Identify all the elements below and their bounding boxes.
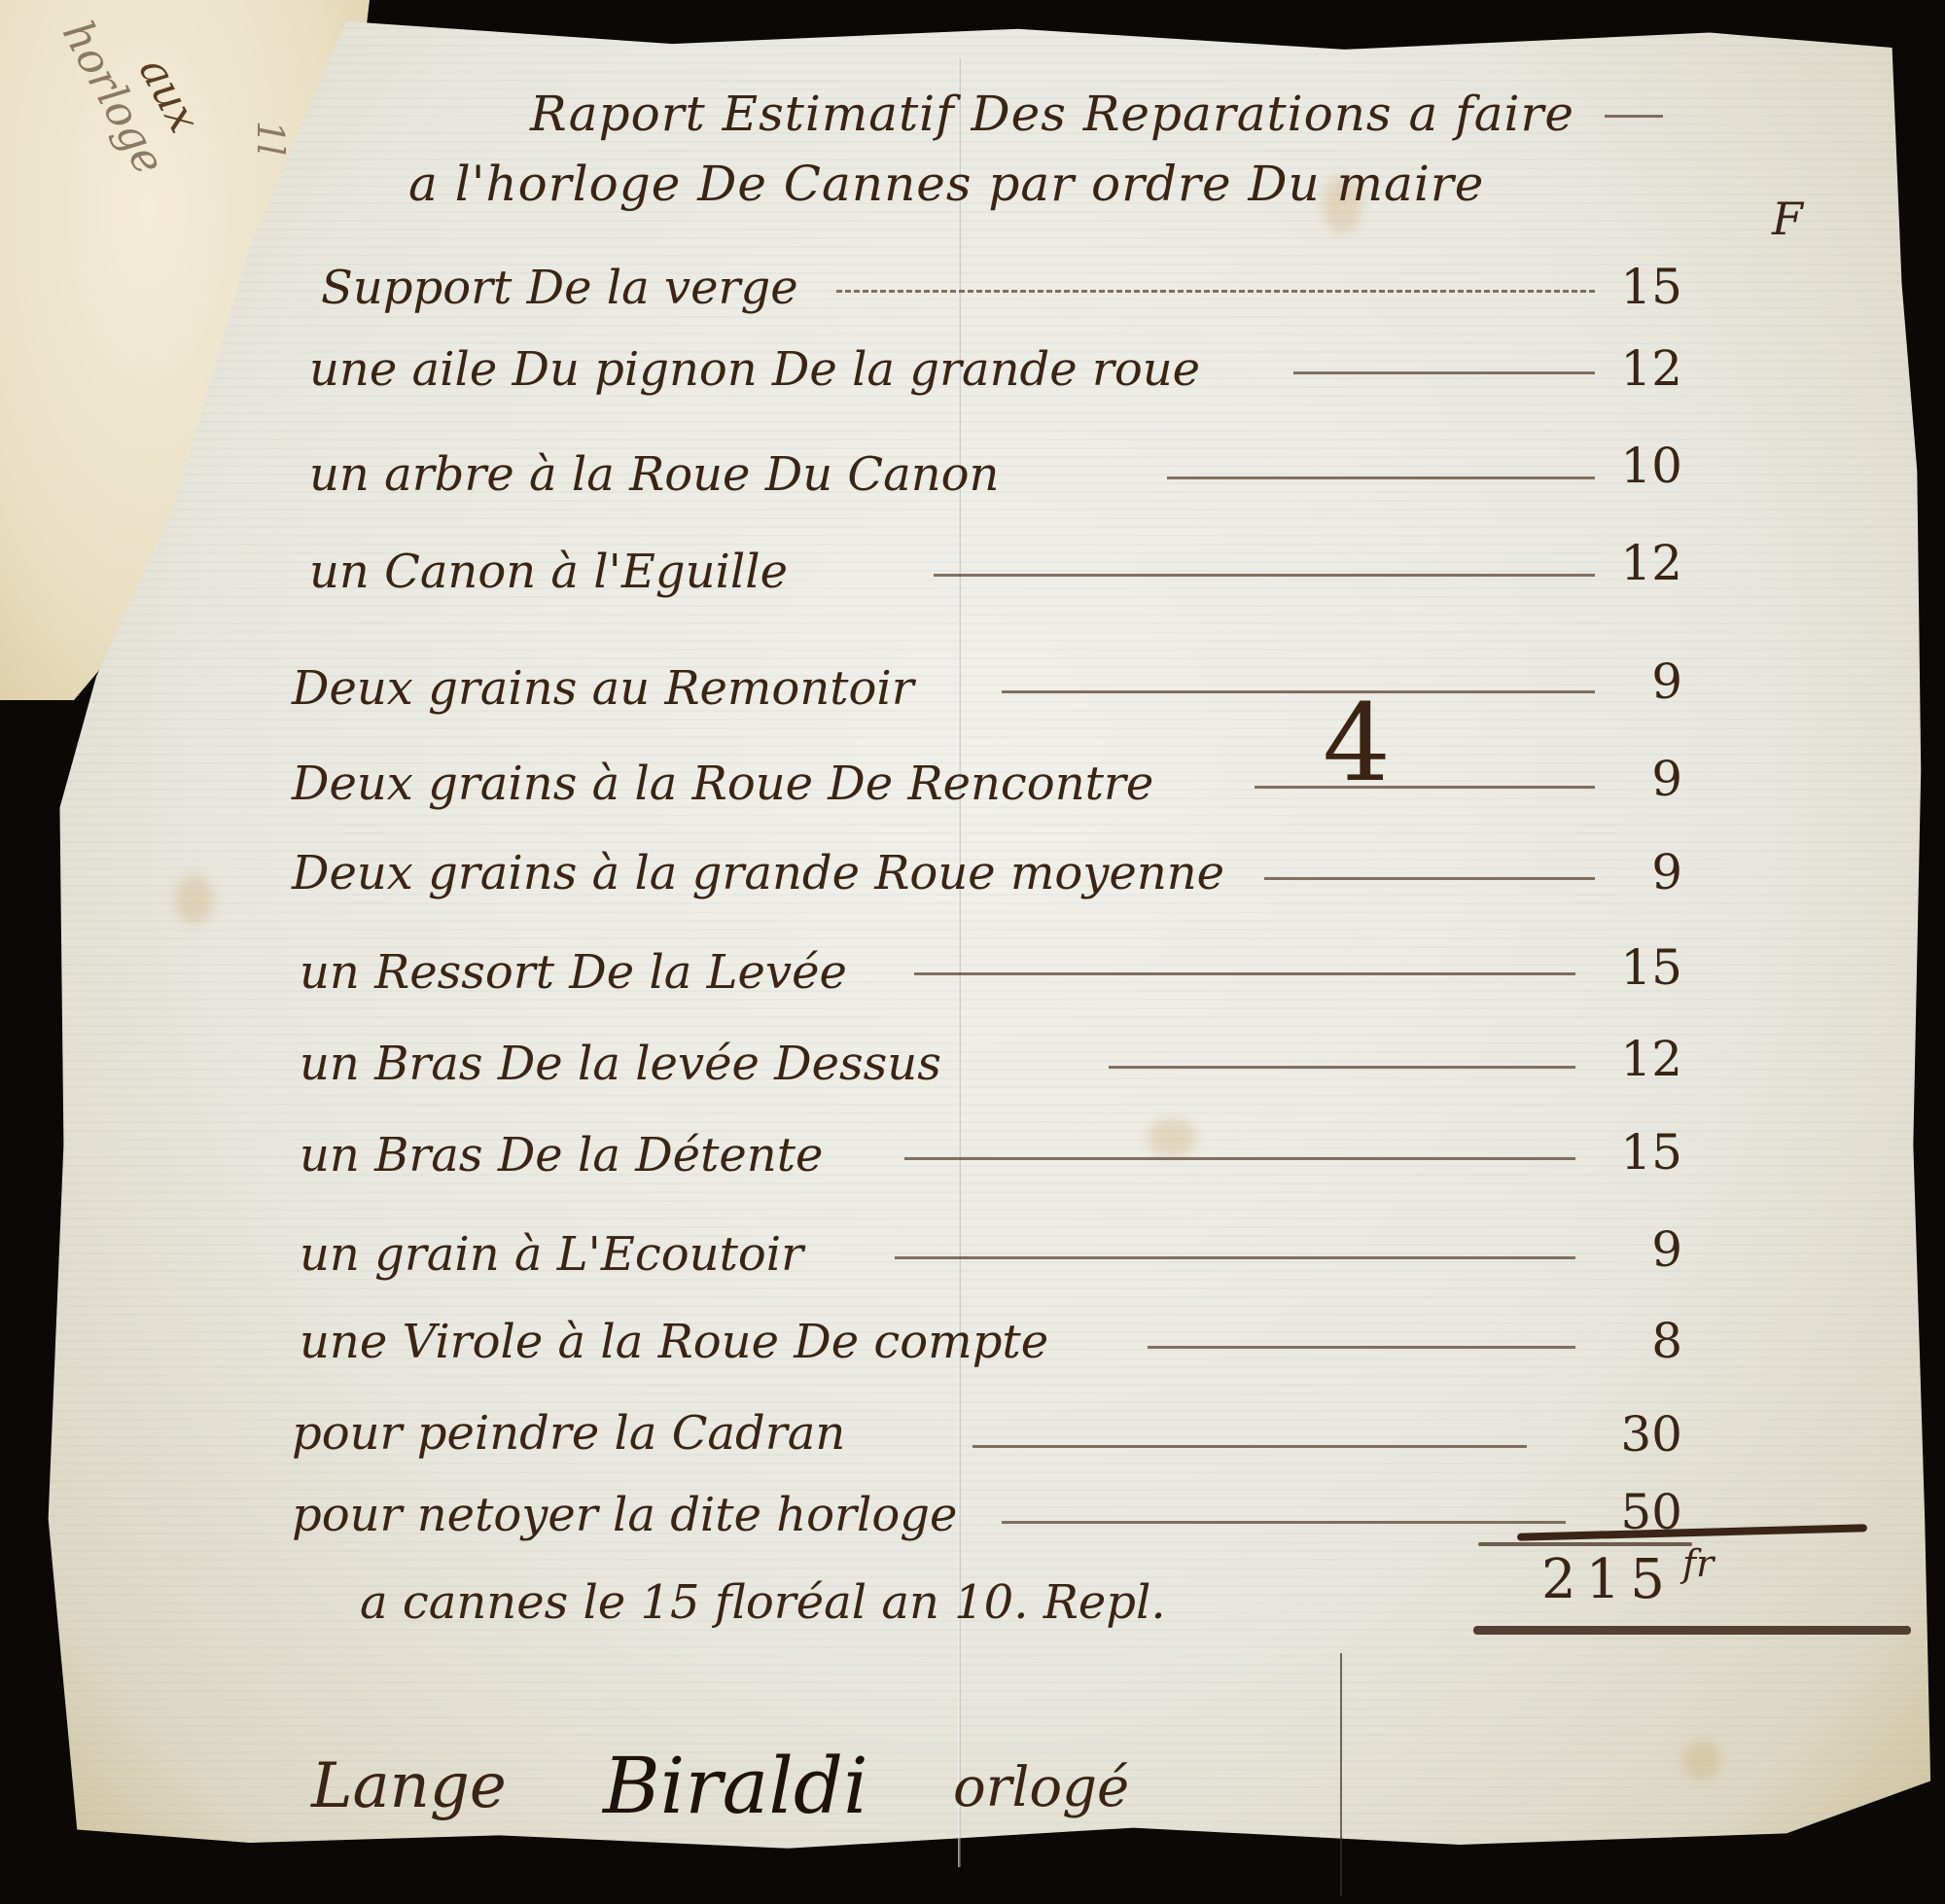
item-label: Deux grains au Remontoir	[292, 661, 914, 716]
item-amount: 9	[1575, 1221, 1682, 1278]
signature-name: Biraldi	[603, 1741, 868, 1831]
place-date: a cannes le 15 floréal an 10. Repl.	[360, 1575, 1166, 1630]
item-leader	[1109, 1066, 1575, 1069]
total-unit: fr	[1682, 1542, 1714, 1585]
item-leader	[895, 1256, 1575, 1259]
paper-tear	[1340, 1653, 1342, 1896]
item-label: pour peindre la Cadran	[292, 1406, 845, 1461]
document-title-line-2: a l'horloge De Cannes par ordre Du maire	[408, 156, 1484, 212]
item-leader	[1002, 1521, 1566, 1524]
item-label: un Canon à l'Eguille	[309, 545, 788, 599]
item-amount: 12	[1575, 535, 1682, 591]
item-amount: 15	[1575, 259, 1682, 315]
item-leader	[1264, 877, 1595, 880]
stain	[1682, 1741, 1721, 1780]
item-leader	[904, 1157, 1575, 1160]
item-leader	[914, 972, 1575, 975]
item-amount: 9	[1575, 653, 1682, 710]
item-label: un Bras De la Détente	[300, 1128, 823, 1182]
item-amount: 9	[1575, 844, 1682, 900]
item-label: Deux grains à la Roue De Rencontre	[292, 757, 1153, 811]
stain	[1148, 1118, 1196, 1157]
item-leader	[934, 574, 1595, 577]
item-amount: 15	[1575, 1124, 1682, 1181]
item-leader	[1255, 786, 1595, 789]
currency-mark: F	[1772, 193, 1803, 245]
signature-prefix: Lange	[311, 1750, 507, 1822]
item-label: un Ressort De la Levée	[300, 945, 847, 1000]
total-rule-top-thin	[1478, 1542, 1692, 1546]
item-leader	[1148, 1346, 1575, 1349]
item-label: un grain à L'Ecoutoir	[300, 1227, 803, 1282]
item-label: Deux grains à la grande Roue moyenne	[292, 846, 1224, 900]
margin-annotation: 4	[1323, 681, 1391, 805]
item-amount: 9	[1575, 751, 1682, 807]
item-amount: 12	[1575, 1031, 1682, 1087]
item-amount: 8	[1575, 1313, 1682, 1369]
item-leader	[972, 1445, 1527, 1448]
signature-title: orlogé	[953, 1756, 1129, 1819]
item-amount: 15	[1575, 939, 1682, 996]
item-label: un Bras De la levée Dessus	[300, 1037, 941, 1091]
item-label: pour netoyer la dite horloge	[292, 1488, 957, 1542]
title-leader	[1605, 115, 1663, 118]
item-amount: 30	[1575, 1406, 1682, 1463]
item-leader	[1167, 476, 1595, 479]
document-title-line-1: Raport Estimatif Des Reparations a faire	[530, 86, 1574, 142]
item-leader	[836, 290, 1595, 293]
item-label: un arbre à la Roue Du Canon	[309, 447, 999, 502]
item-label: une Virole à la Roue De compte	[300, 1315, 1048, 1369]
item-amount: 12	[1575, 340, 1682, 397]
back-margin-mark: 1l	[249, 121, 292, 156]
item-amount: 10	[1575, 438, 1682, 494]
item-leader	[1002, 690, 1595, 693]
total-amount: 215	[1541, 1548, 1675, 1611]
total-rule-bottom	[1473, 1626, 1911, 1635]
back-sheet-note: aux horloge	[0, 0, 250, 296]
item-label: une aile Du pignon De la grande roue	[309, 342, 1200, 397]
item-label: Support De la verge	[321, 261, 798, 315]
stain	[175, 875, 214, 924]
item-leader	[1293, 371, 1595, 374]
